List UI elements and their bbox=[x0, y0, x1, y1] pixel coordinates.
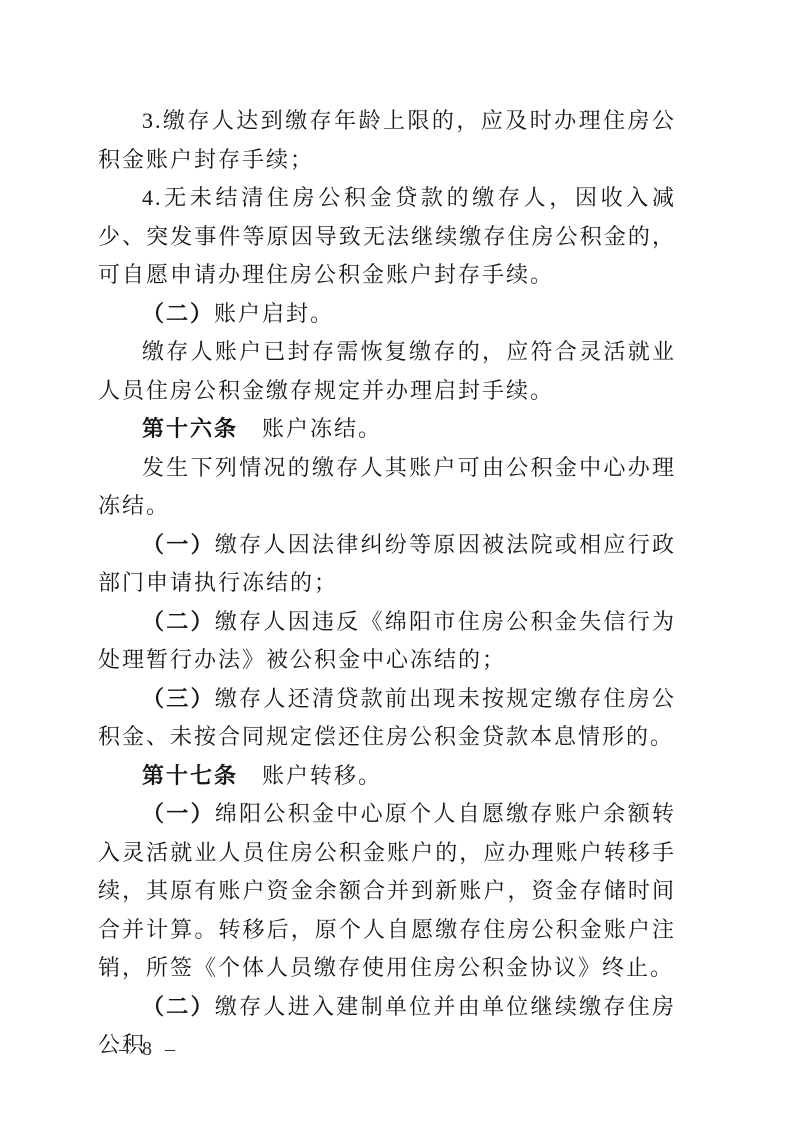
paragraph-with-label: （一）绵阳公积金中心原个人自愿缴存账户余额转入灵活就业人员住房公积金账户的，应办… bbox=[98, 795, 676, 988]
paragraph-label: （一） bbox=[142, 532, 215, 557]
paragraph-label: 第十六条 bbox=[142, 416, 238, 441]
paragraph-with-label: 第十七条 账户转移。 bbox=[98, 757, 676, 796]
paragraph-label: 第十七条 bbox=[142, 763, 238, 788]
paragraph-with-label: （三）缴存人还清贷款前出现未按规定缴存住房公积金、未按合同规定偿还住房公积金贷款… bbox=[98, 680, 676, 757]
paragraph-with-label: （二）缴存人因违反《绵阳市住房公积金失信行为处理暂行办法》被公积金中心冻结的； bbox=[98, 603, 676, 680]
page-number: – 8 – bbox=[119, 1038, 179, 1061]
paragraph-label: （三） bbox=[142, 686, 215, 711]
paragraph-label: （二） bbox=[142, 609, 215, 634]
document-page: 3.缴存人达到缴存年龄上限的，应及时办理住房公积金账户封存手续；4.无未结清住房… bbox=[0, 0, 793, 1122]
paragraph-label: （二） bbox=[142, 301, 214, 326]
paragraph: 缴存人账户已封存需恢复缴存的，应符合灵活就业人员住房公积金缴存规定并办理启封手续… bbox=[98, 333, 676, 410]
paragraph: 4.无未结清住房公积金贷款的缴存人，因收入减少、突发事件等原因导致无法继续缴存住… bbox=[98, 179, 676, 295]
paragraph-label: （一） bbox=[142, 801, 215, 826]
paragraph: 发生下列情况的缴存人其账户可由公积金中心办理冻结。 bbox=[98, 449, 676, 526]
paragraph-with-label: （二）缴存人进入建制单位并由单位继续缴存住房公积 bbox=[98, 988, 676, 1065]
paragraph: 3.缴存人达到缴存年龄上限的，应及时办理住房公积金账户封存手续； bbox=[98, 102, 676, 179]
document-body: 3.缴存人达到缴存年龄上限的，应及时办理住房公积金账户封存手续；4.无未结清住房… bbox=[98, 102, 676, 1065]
paragraph-with-label: 第十六条 账户冻结。 bbox=[98, 410, 676, 449]
paragraph-with-label: （一）缴存人因法律纠纷等原因被法院或相应行政部门申请执行冻结的； bbox=[98, 526, 676, 603]
paragraph-label: （二） bbox=[142, 994, 215, 1019]
paragraph-with-label: （二）账户启封。 bbox=[98, 295, 676, 334]
